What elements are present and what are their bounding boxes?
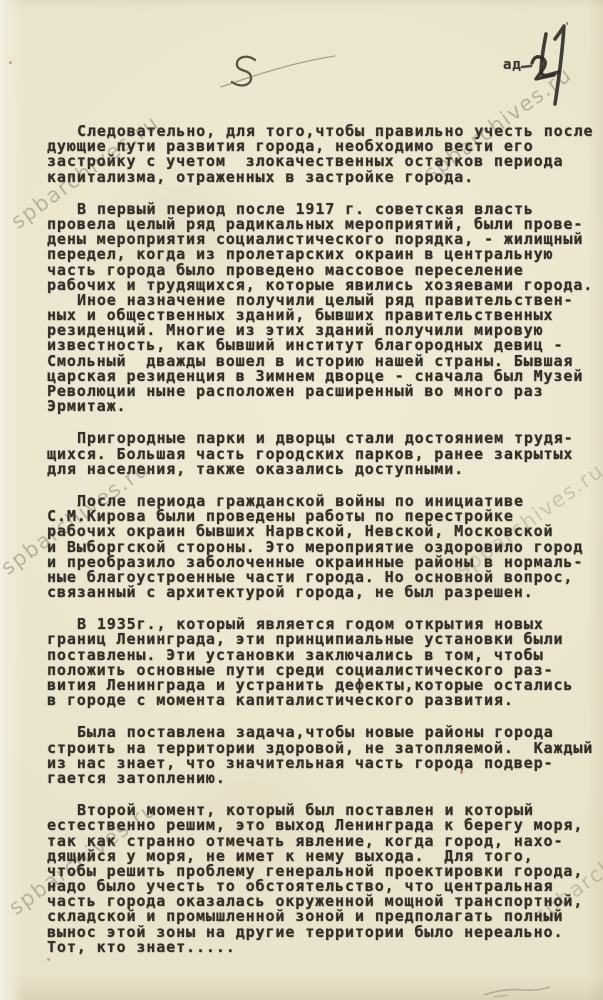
paper-speck [460,770,463,774]
paper-speck [47,958,50,961]
pencil-stray-mark [480,984,555,998]
text-line: капитализма, отраженных в застройке горо… [47,170,599,185]
paragraph: Иное назначение получили целый ряд прави… [47,293,599,415]
text-line: Революции ныне расположен расширенный во… [47,384,599,399]
paragraph: В первый период после 1917 г. советская … [47,202,599,293]
text-line: гается затоплению. [47,771,599,786]
paper-speck [196,744,198,746]
paragraph: Второй момент, который был поставлен и к… [47,803,599,955]
paper-speck [9,61,12,64]
text-line: Эрмитаж. [47,399,599,414]
handwritten-page-number [518,20,603,110]
document-page: spbarchives.ru spbarchives.ru spbarchive… [0,0,603,1000]
paragraph: В 1935г., который является годом открыти… [47,617,599,708]
paragraph: Пригородные парки и дворцы стали достоян… [47,431,599,477]
typed-code-label: ад [503,57,522,73]
paragraph: Была поставлена задача,чтобы новые район… [47,725,599,786]
text-line: в городе с момента капиталистического ра… [47,693,599,708]
pencil-number-mark [215,48,340,93]
text-line: для населения, также оказались доступным… [47,462,599,477]
text-line: Тот, кто знает..... [47,940,599,955]
paragraph: Следовательно, для того,чтобы правильно … [47,124,599,185]
text-line: связанный с архитектурой города, не был … [47,585,599,600]
paper-speck [566,22,568,25]
paragraph: После периода гражданской войны по иници… [47,494,599,600]
text-block: Следовательно, для того,чтобы правильно … [47,124,599,955]
